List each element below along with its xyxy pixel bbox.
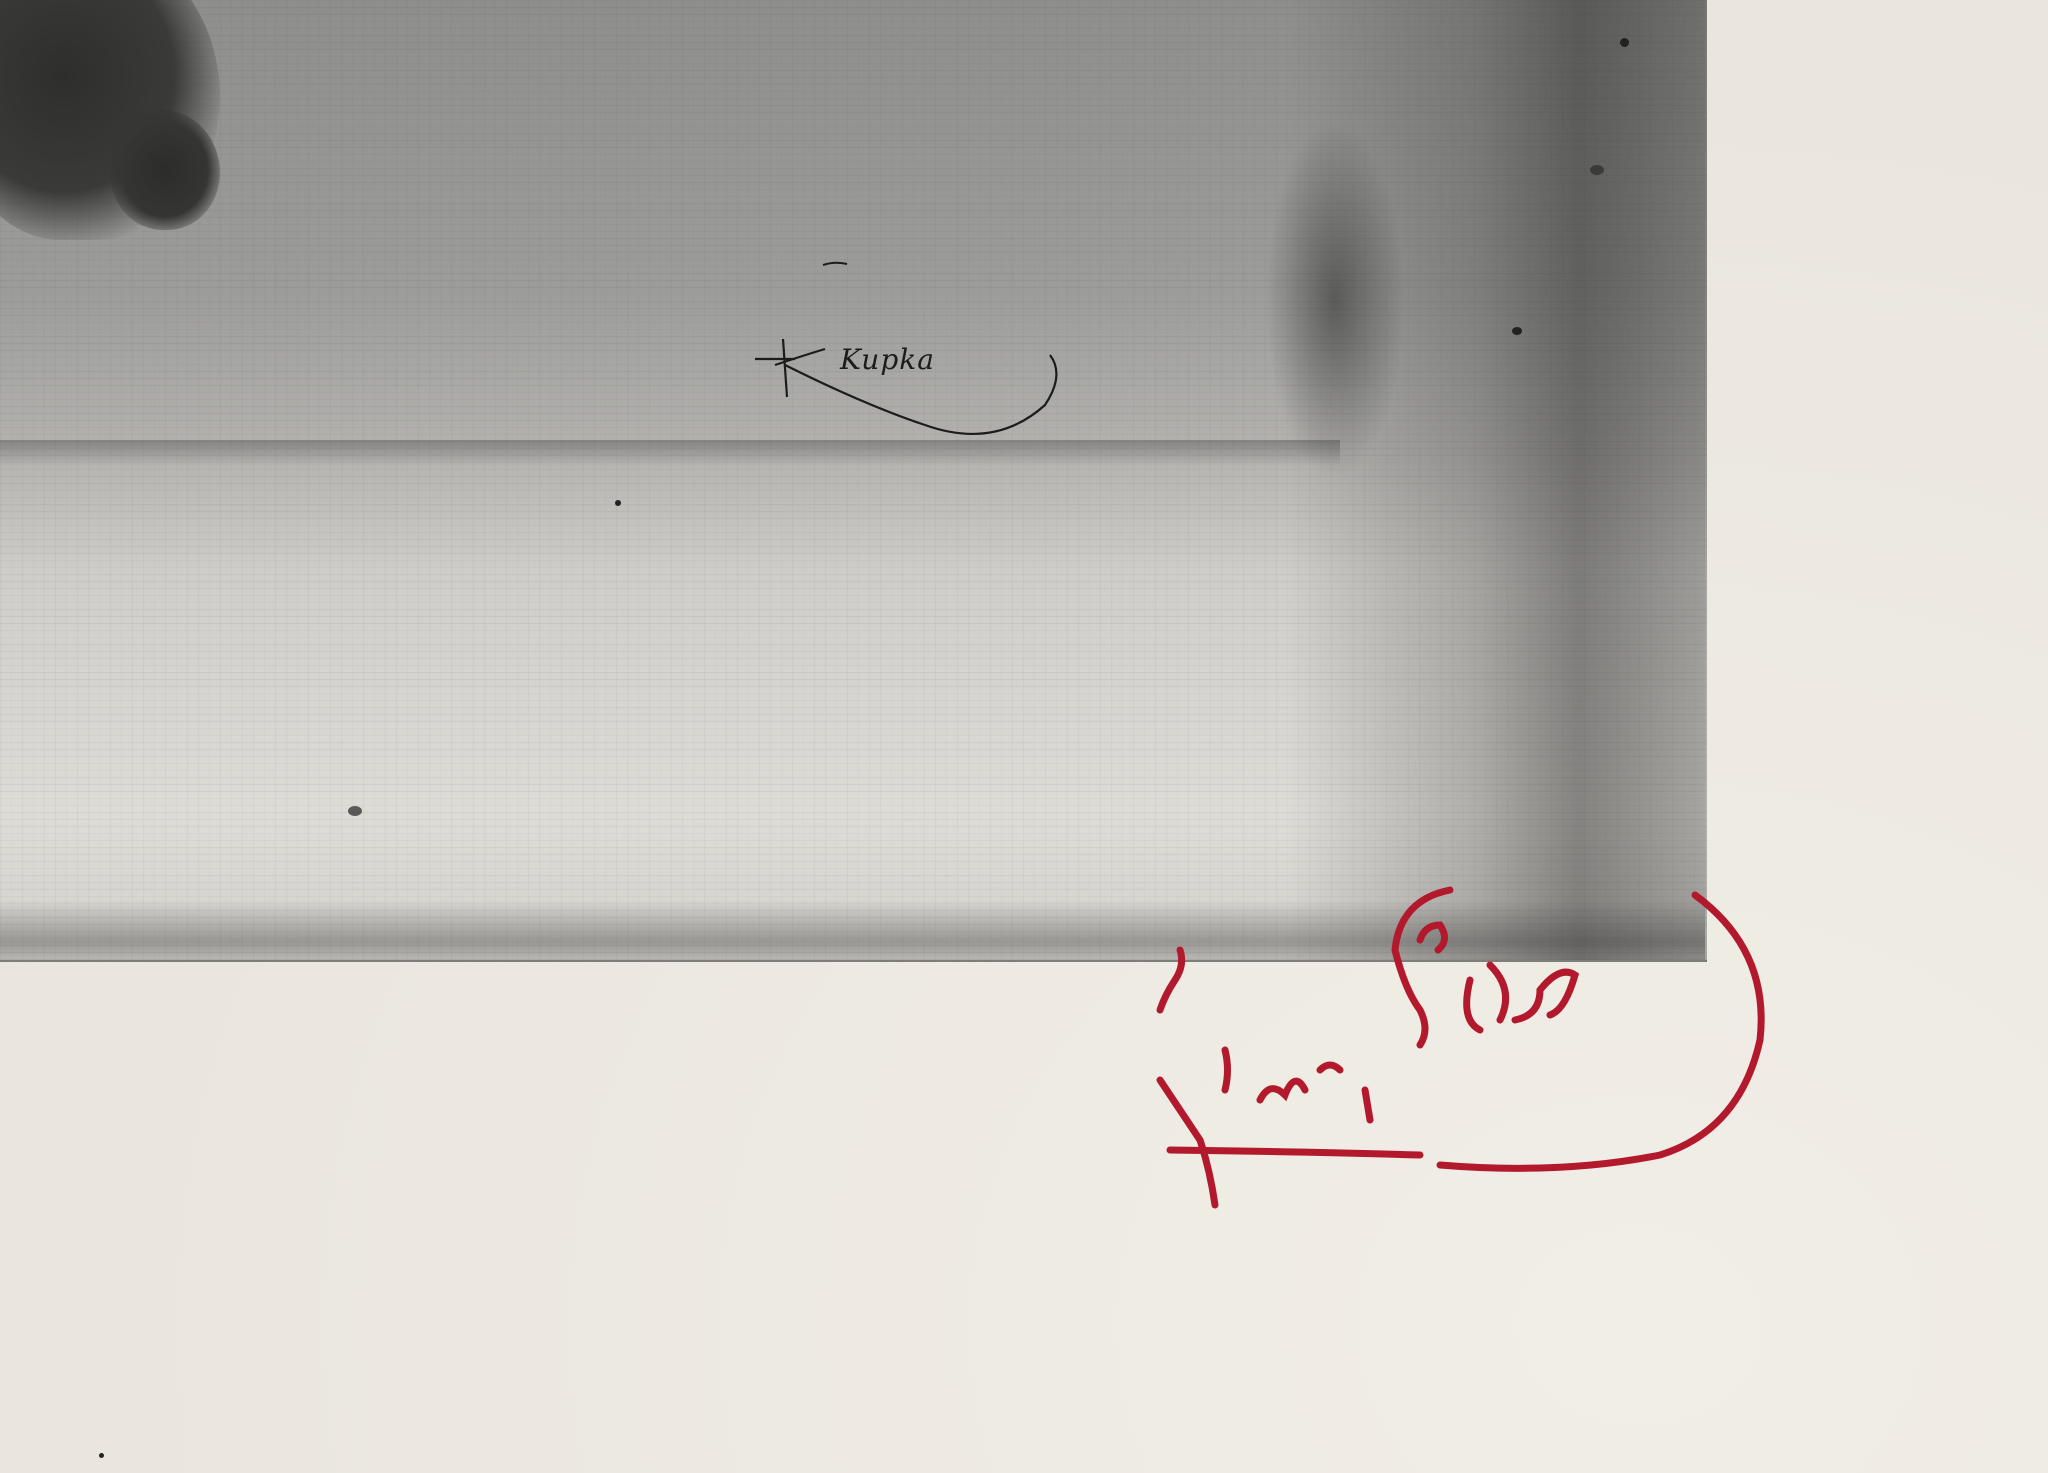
lithograph-print-area: Kupka [0,0,1707,962]
plate-signature: Kupka [745,255,1065,455]
ink-speck [615,500,621,506]
shadow-patch [1265,120,1405,480]
ink-speck [348,806,362,816]
ink-speck [99,1453,104,1458]
ink-speck [1620,38,1629,47]
ink-speck [1512,327,1522,335]
stamp-signature: Kupka [1120,870,1800,1210]
ink-speck [1590,165,1604,175]
dark-foliage-shape-small [110,110,220,230]
plate-signature-text: Kupka [840,343,935,376]
horizon-line [0,440,1340,466]
